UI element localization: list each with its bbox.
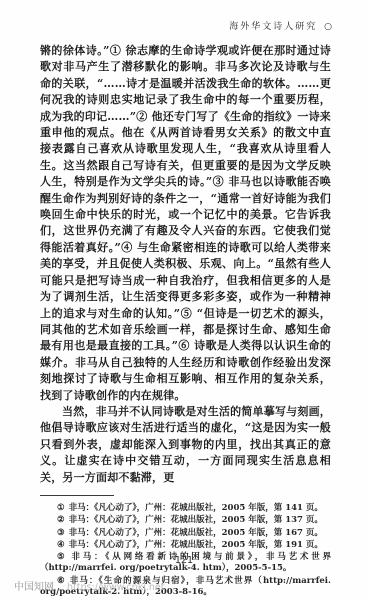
- header-title: 海外华文诗人研究: [229, 22, 317, 32]
- footnote-separator: [40, 495, 114, 496]
- page-number: 121: [0, 555, 368, 566]
- paragraph-continuation: 锵的徐体诗。”① 徐志摩的生命诗学观或许便在那时通过诗歌对非马产生了潜移默化的影…: [40, 43, 331, 404]
- footnote-item: ①非马：《凡心动了》，广州：花城出版社，2005 年版，第 141 页。: [40, 503, 331, 514]
- footnote-text: 非马：《凡心动了》，广州：花城出版社，2005 年版，第 191 页。: [69, 540, 323, 550]
- footnote-text: 非马：《凡心动了》，广州：花城出版社，2005 年版，第 141 页。: [69, 503, 323, 513]
- footnote-marker: ④: [57, 540, 65, 550]
- footnote-item: ④非马：《凡心动了》，广州：花城出版社，2005 年版，第 191 页。: [40, 540, 331, 551]
- footnote-item: ③非马：《凡心动了》，广州：花城出版社，2005 年版，第 167 页。: [40, 528, 331, 539]
- footnote-marker: ①: [57, 503, 65, 513]
- footnote-marker: ②: [57, 515, 65, 525]
- watermark-site-name: 中国知网: [14, 578, 54, 593]
- document-page: 海外华文诗人研究 ○ 锵的徐体诗。”① 徐志摩的生命诗学观或许便在那时通过诗歌对…: [0, 0, 368, 600]
- header-circle-mark: ○: [324, 22, 332, 32]
- footnote-marker: ③: [57, 528, 65, 538]
- footnote-text: 非马：《凡心动了》，广州：花城出版社，2005 年版，第 167 页。: [69, 528, 323, 538]
- footnote-text: 非马：《凡心动了》，广州：花城出版社，2005 年版，第 137 页。: [69, 515, 323, 525]
- watermark-url: https://www.cnki.net: [67, 582, 165, 593]
- cnki-watermark: 中国知网 https://www.cnki.net: [14, 578, 165, 593]
- body-text: 锵的徐体诗。”① 徐志摩的生命诗学观或许便在那时通过诗歌对非马产生了潜移默化的影…: [40, 43, 331, 599]
- paragraph: 当然，非马并不认同诗歌是对生活的简单摹写与刻画，他倡导诗歌应该对生活进行适当的虚…: [40, 404, 331, 486]
- footnote-item: ②非马：《凡心动了》，广州：花城出版社，2005 年版，第 137 页。: [40, 515, 331, 526]
- page-header: 海外华文诗人研究 ○: [229, 19, 332, 32]
